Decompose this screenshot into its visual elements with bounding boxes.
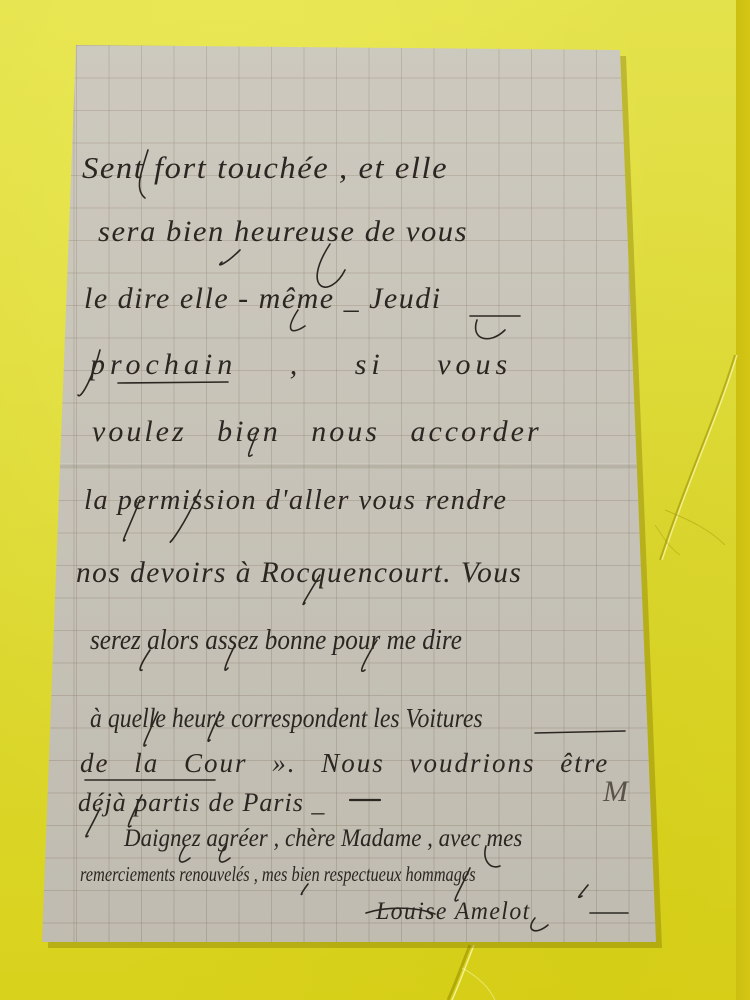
- letter-line-2: sera bien heureuse de vous: [98, 215, 468, 249]
- letter-line-6: la permission d'aller vous rendre: [84, 484, 507, 517]
- marginal-mark: M: [603, 775, 628, 809]
- letter-line-10: de la Cour ». Nous voudrions être: [80, 748, 609, 779]
- letter-line-4: prochain , si vous: [90, 348, 512, 382]
- letter-line-5: voulez bien nous accorder: [92, 415, 542, 449]
- letter-line-9: à quelle heure correspondent les Voiture…: [90, 703, 483, 734]
- letter-line-12: Daignez agréer , chère Madame , avec mes: [124, 825, 522, 853]
- letter-line-11: déjà partis de Paris _: [78, 788, 325, 818]
- letter-line-13: remerciements renouvelés , mes bien resp…: [80, 862, 476, 887]
- signature: Louise Amelot: [376, 898, 531, 926]
- paper-fold-line: [50, 463, 660, 469]
- letter-line-7: nos devoirs à Rocquencourt. Vous: [76, 556, 522, 590]
- letter-line-1: Sent fort touchée , et elle: [82, 150, 448, 186]
- letter-line-3: le dire elle - même _ Jeudi: [84, 282, 442, 316]
- letter-line-8: serez alors assez bonne pour me dire: [90, 625, 462, 657]
